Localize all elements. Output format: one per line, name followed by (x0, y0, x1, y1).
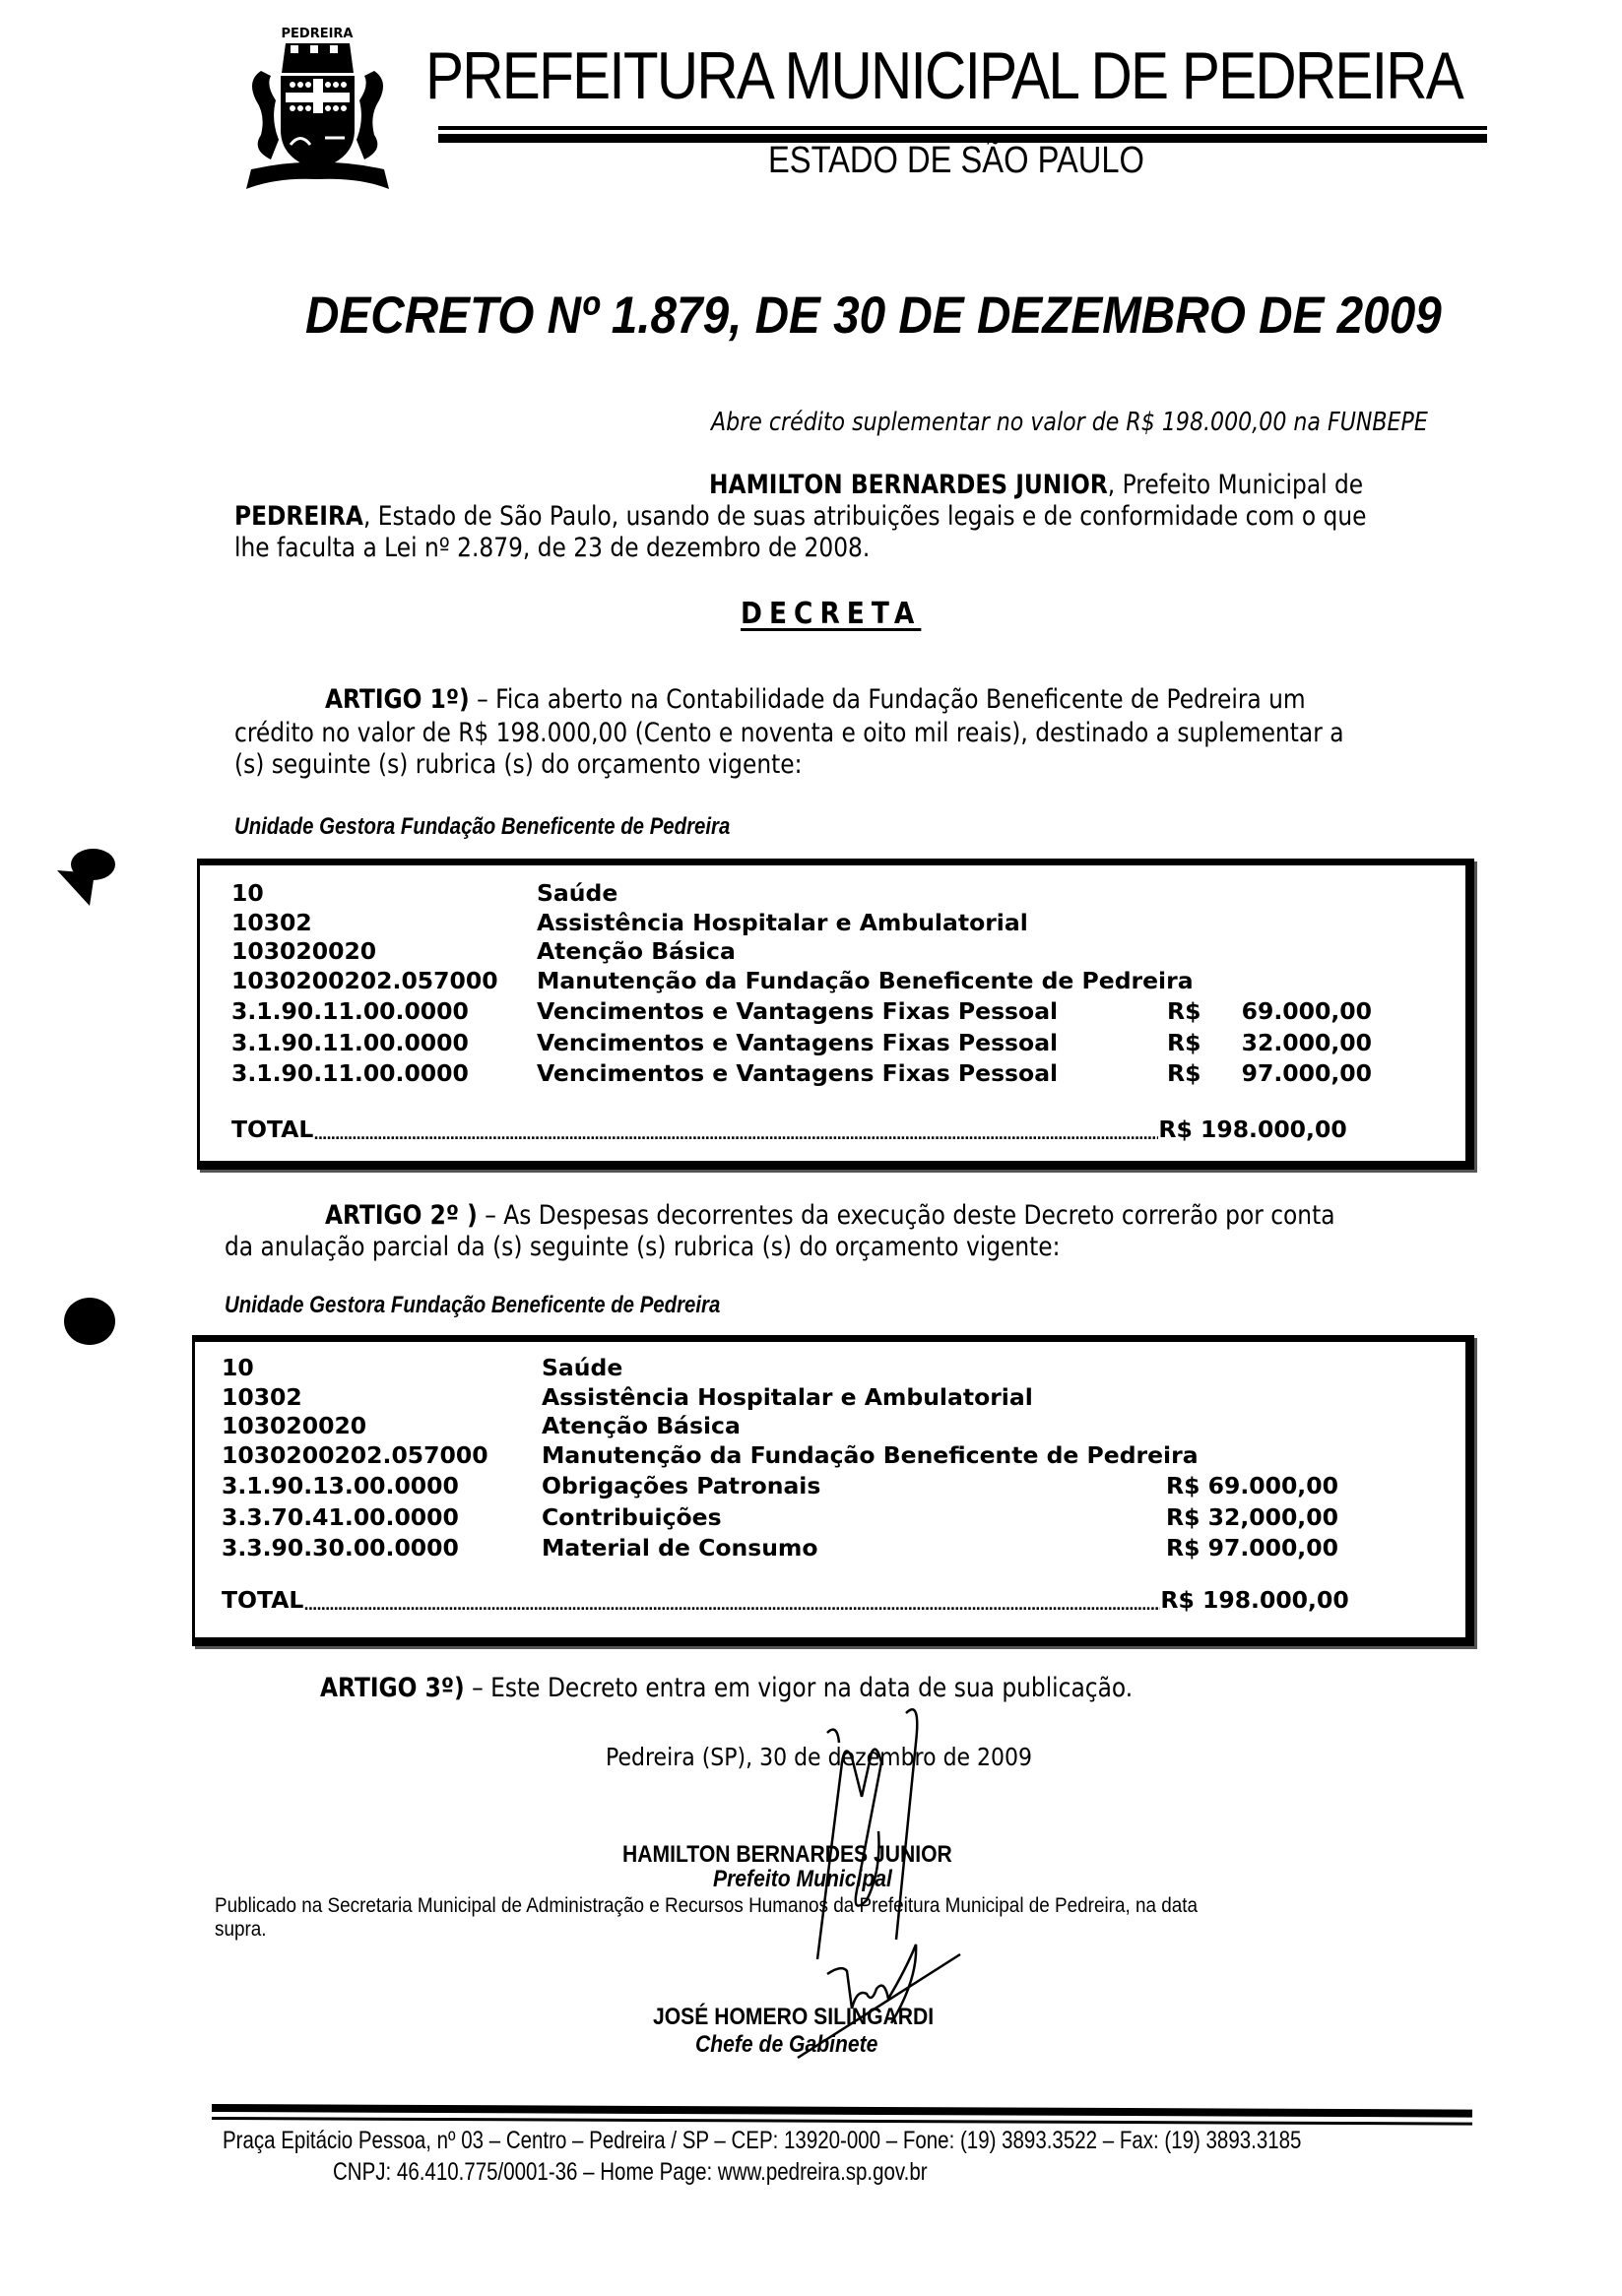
account-description: Material de Consumo (542, 1534, 818, 1562)
account-code: 10302 (222, 1383, 302, 1411)
header-title: PREFEITURA MUNICIPAL DE PEDREIRA (425, 37, 1462, 114)
coat-of-arms-logo: PEDREIRA (231, 22, 404, 194)
preamble-line: PEDREIRA, Estado de São Paulo, usando de… (234, 502, 1366, 532)
article3-label: ARTIGO 3º) (320, 1673, 465, 1703)
leader-dots: ........................................… (303, 1598, 1160, 1614)
mayor-role: Prefeito Municipal (713, 1866, 892, 1893)
svg-text:PEDREIRA: PEDREIRA (282, 27, 354, 41)
article2-line: ARTIGO 2º ) – As Despesas decorrentes da… (325, 1201, 1335, 1231)
publication-note: supra. (215, 1918, 267, 1942)
total-row: TOTAL...................................… (222, 1586, 1349, 1614)
mayor-name-inline: HAMILTON BERNARDES JUNIOR (709, 470, 1108, 500)
footer-cnpj-web: CNPJ: 46.410.775/0001-36 – Home Page: ww… (333, 2158, 928, 2187)
header-rule (438, 126, 1487, 130)
unit-label: Unidade Gestora Fundação Beneficente de … (234, 813, 730, 841)
publication-note: Publicado na Secretaria Municipal de Adm… (215, 1894, 1198, 1918)
article1-line: ARTIGO 1º) – Fica aberto na Contabilidad… (325, 685, 1306, 715)
amount: 97.000,00 (1234, 1059, 1372, 1087)
table-row: 1030200202.057000Manutenção da Fundação … (200, 967, 1465, 996)
account-description: Vencimentos e Vantagens Fixas Pessoal (537, 1059, 1058, 1087)
article2-line: da anulação parcial da (s) seguinte (s) … (225, 1233, 1061, 1262)
total-row: TOTAL...................................… (231, 1116, 1347, 1143)
preamble-line: HAMILTON BERNARDES JUNIOR, Prefeito Muni… (709, 471, 1363, 500)
decree-summary: Abre crédito suplementar no valor de R$ … (711, 408, 1428, 437)
total-label: TOTAL (231, 1116, 313, 1143)
account-code: 10302 (231, 909, 312, 936)
table-row: 10Saúde (195, 1354, 1465, 1383)
account-code: 3.1.90.11.00.0000 (231, 1059, 469, 1087)
article1-line: crédito no valor de R$ 198.000,00 (Cento… (234, 719, 1344, 748)
account-code: 3.1.90.11.00.0000 (231, 997, 469, 1025)
article3-line: ARTIGO 3º) – Este Decreto entra em vigor… (320, 1674, 1133, 1703)
table-row: 1030200202.057000Manutenção da Fundação … (195, 1441, 1465, 1471)
table-row: 103020020Atenção Básica (195, 1412, 1465, 1441)
preamble-text: , Prefeito Municipal de (1108, 470, 1363, 500)
account-description: Manutenção da Fundação Beneficente de Pe… (537, 967, 1194, 994)
account-code: 10 (231, 879, 264, 907)
account-description: Atenção Básica (542, 1412, 741, 1439)
preamble-line: lhe faculta a Lei nº 2.879, de 23 de dez… (234, 534, 870, 563)
account-code: 3.1.90.11.00.0000 (231, 1029, 469, 1056)
account-description: Vencimentos e Vantagens Fixas Pessoal (537, 997, 1058, 1025)
mayor-name: HAMILTON BERNARDES JUNIOR (622, 1841, 952, 1869)
account-description: Vencimentos e Vantagens Fixas Pessoal (537, 1029, 1058, 1056)
table-row: 3.3.90.30.00.0000Material de ConsumoR$ 9… (195, 1534, 1465, 1563)
total-amount: R$ 198.000,00 (1160, 1586, 1348, 1614)
chief-role: Chefe de Gabinete (695, 2031, 877, 2059)
account-description: Contribuições (542, 1503, 722, 1531)
account-code: 10 (222, 1354, 254, 1381)
article1-text: – Fica aberto na Contabilidade da Fundaç… (470, 684, 1306, 715)
amount: R$ 32,000,00 (1166, 1503, 1338, 1531)
total-label: TOTAL (222, 1586, 303, 1614)
amount: R$ 97.000,00 (1166, 1534, 1338, 1562)
account-code: 3.3.70.41.00.0000 (222, 1503, 459, 1531)
scan-blot-icon (55, 849, 104, 908)
city-inline: PEDREIRA (234, 501, 363, 532)
article2-text: – As Despesas decorrentes da execução de… (478, 1200, 1335, 1231)
account-code: 103020020 (231, 937, 376, 965)
footer-rule (212, 2117, 1472, 2126)
footer-rule (212, 2104, 1472, 2118)
table-row: 3.1.90.11.00.0000Vencimentos e Vantagens… (200, 997, 1465, 1027)
preamble-text: , Estado de São Paulo, usando de suas at… (363, 501, 1367, 532)
table-row: 10302Assistência Hospitalar e Ambulatori… (200, 909, 1465, 938)
table-row: 3.3.70.41.00.0000ContribuiçõesR$ 32,000,… (195, 1503, 1465, 1533)
table-row: 10302Assistência Hospitalar e Ambulatori… (195, 1383, 1465, 1413)
amount: R$ 69.000,00 (1166, 1472, 1338, 1499)
table-row: 3.1.90.11.00.0000Vencimentos e Vantagens… (200, 1059, 1465, 1089)
account-description: Assistência Hospitalar e Ambulatorial (537, 909, 1028, 936)
table-row: 103020020Atenção Básica (200, 937, 1465, 967)
article3-text: – Este Decreto entra em vigor na data de… (465, 1673, 1133, 1703)
account-description: Saúde (537, 879, 617, 907)
annulment-table: 10Saúde10302Assistência Hospitalar e Amb… (192, 1335, 1474, 1646)
total-amount: R$ 198.000,00 (1158, 1116, 1346, 1143)
currency-symbol: R$ (1167, 1029, 1200, 1056)
table-row: 3.1.90.11.00.0000Vencimentos e Vantagens… (200, 1029, 1465, 1058)
decree-title: DECRETO Nº 1.879, DE 30 DE DEZEMBRO DE 2… (305, 286, 1442, 346)
account-code: 103020020 (222, 1412, 366, 1439)
account-code: 1030200202.057000 (231, 967, 498, 994)
amount: 69.000,00 (1234, 997, 1372, 1025)
scan-blot (64, 1298, 115, 1345)
table-row: 10Saúde (200, 879, 1465, 909)
table-row: 3.1.90.13.00.0000Obrigações PatronaisR$ … (195, 1472, 1465, 1501)
article1-line: (s) seguinte (s) rubrica (s) do orçament… (234, 750, 802, 780)
decreta-heading: DECRETA (741, 597, 921, 631)
unit-label: Unidade Gestora Fundação Beneficente de … (225, 1292, 720, 1319)
footer-address: Praça Epitácio Pessoa, nº 03 – Centro – … (223, 2127, 1301, 2155)
currency-symbol: R$ (1167, 1059, 1200, 1087)
account-description: Saúde (542, 1354, 622, 1381)
account-description: Obrigações Patronais (542, 1472, 820, 1499)
leader-dots: ........................................… (313, 1127, 1158, 1143)
account-code: 3.1.90.13.00.0000 (222, 1472, 459, 1499)
account-description: Manutenção da Fundação Beneficente de Pe… (542, 1441, 1199, 1469)
coat-of-arms-icon: PEDREIRA (231, 22, 404, 194)
credit-table: 10Saúde10302Assistência Hospitalar e Amb… (197, 859, 1474, 1170)
account-description: Assistência Hospitalar e Ambulatorial (542, 1383, 1033, 1411)
chief-name: JOSÉ HOMERO SILINGARDI (653, 2004, 934, 2031)
account-code: 3.3.90.30.00.0000 (222, 1534, 459, 1562)
currency-symbol: R$ (1167, 997, 1200, 1025)
account-description: Atenção Básica (537, 937, 736, 965)
account-code: 1030200202.057000 (222, 1441, 488, 1469)
header-subtitle: ESTADO DE SÃO PAULO (768, 140, 1144, 182)
article1-label: ARTIGO 1º) (325, 684, 470, 715)
amount: 32.000,00 (1234, 1029, 1372, 1056)
article2-label: ARTIGO 2º ) (325, 1200, 478, 1231)
